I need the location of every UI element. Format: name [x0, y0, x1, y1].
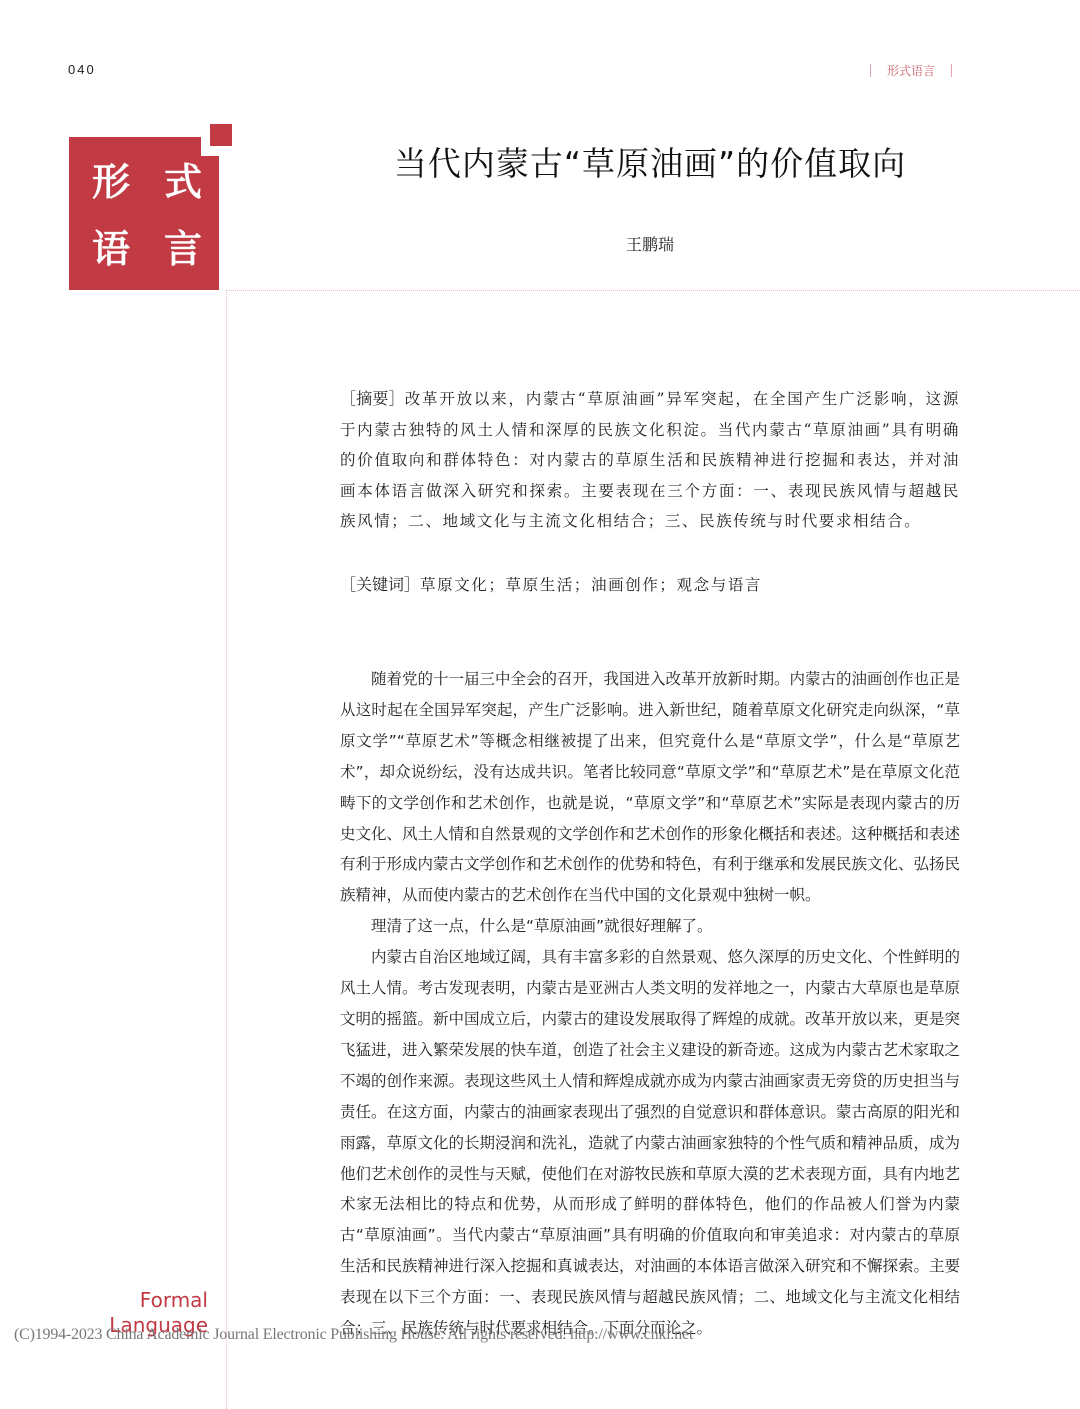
page-number: 040 — [68, 62, 96, 77]
keywords-label: ［关键词］ — [340, 575, 420, 594]
badge-accent-square — [210, 124, 232, 146]
author-name: 王鹏瑞 — [600, 232, 700, 255]
badge-char: 形 — [92, 163, 130, 201]
badge-char: 言 — [164, 230, 202, 268]
horizontal-guide-line — [226, 290, 1080, 291]
badge-char: 语 — [92, 230, 130, 268]
paragraph: 随着党的十一届三中全会的召开，我国进入改革开放新时期。内蒙古的油画创作也正是从这… — [340, 664, 960, 911]
paragraph: 内蒙古自治区地域辽阔，具有丰富多彩的自然景观、悠久深厚的历史文化、个性鲜明的风土… — [340, 942, 960, 1344]
abstract: ［摘要］改革开放以来，内蒙古“草原油画”异军突起，在全国产生广泛影响，这源于内蒙… — [340, 384, 960, 537]
article-title: 当代内蒙古“草原油画”的价值取向 — [340, 138, 960, 185]
divider — [951, 64, 952, 77]
abstract-label: ［摘要］ — [340, 389, 405, 408]
article-body: 随着党的十一届三中全会的召开，我国进入改革开放新时期。内蒙古的油画创作也正是从这… — [340, 664, 960, 1344]
badge-char: 式 — [164, 163, 202, 201]
copyright-notice: (C)1994-2023 China Academic Journal Elec… — [14, 1326, 693, 1344]
paragraph: 理清了这一点，什么是“草原油画”就很好理解了。 — [340, 911, 960, 942]
keywords: ［关键词］草原文化；草原生活；油画创作；观念与语言 — [340, 570, 960, 600]
abstract-text: 改革开放以来，内蒙古“草原油画”异军突起，在全国产生广泛影响，这源于内蒙古独特的… — [340, 390, 960, 530]
formal-line: Formal — [60, 1288, 208, 1313]
vertical-guide-line — [226, 290, 227, 1409]
section-name: 形式语言 — [887, 62, 935, 79]
running-head: 形式语言 — [870, 62, 952, 79]
keywords-text: 草原文化；草原生活；油画创作；观念与语言 — [420, 576, 762, 594]
divider — [870, 64, 871, 77]
